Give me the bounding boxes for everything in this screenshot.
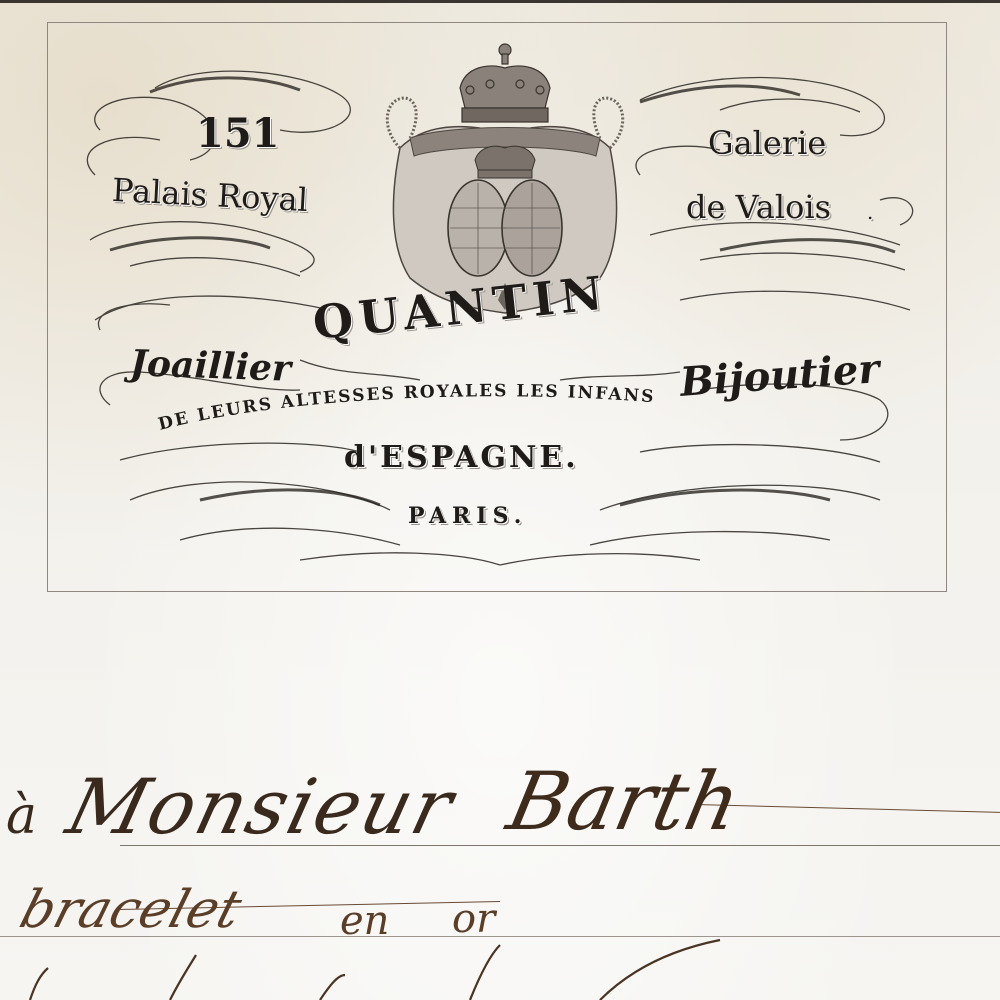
handwriting-strokes-bottom [0,0,1000,1000]
